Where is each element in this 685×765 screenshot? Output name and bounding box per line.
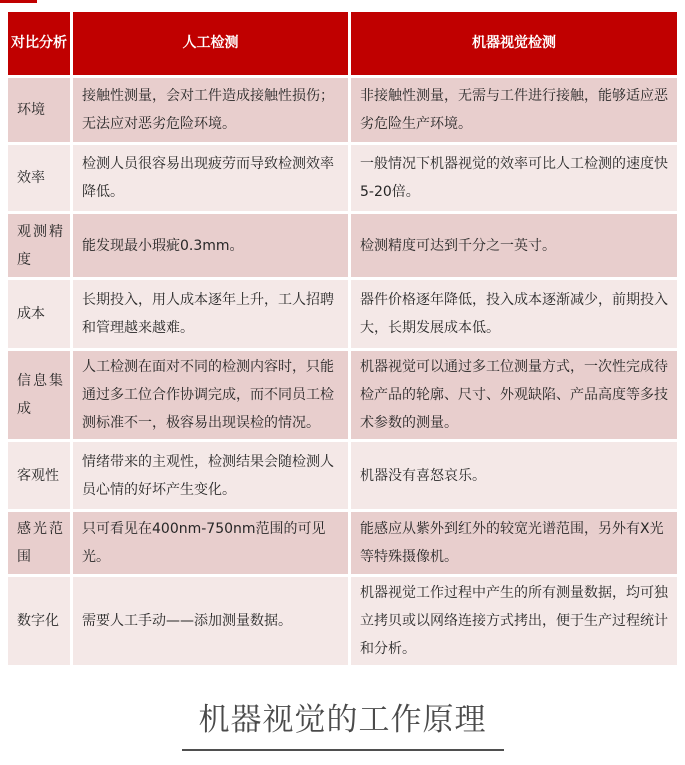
- header-cell-machine: 机器视觉检测: [351, 12, 677, 75]
- manual-cell: 情绪带来的主观性，检测结果会随检测人员心情的好坏产生变化。: [73, 442, 348, 509]
- section-caption: 机器视觉的工作原理: [0, 694, 685, 751]
- page: { "colors": { "header_bg": "#c00000", "r…: [0, 0, 685, 765]
- manual-cell: 接触性测量，会对工件造成接触性损伤；无法应对恶劣危险环境。: [73, 78, 348, 142]
- machine-cell: 检测精度可达到千分之一英寸。: [351, 214, 677, 277]
- machine-cell: 器件价格逐年降低，投入成本逐渐减少，前期投入大，长期发展成本低。: [351, 280, 677, 348]
- table-row-environment: 环境 接触性测量，会对工件造成接触性损伤；无法应对恶劣危险环境。 非接触性测量，…: [8, 78, 677, 142]
- comparison-table: 对比分析 人工检测 机器视觉检测 环境 接触性测量，会对工件造成接触性损伤；无法…: [5, 9, 680, 668]
- row-label: 客观性: [8, 442, 70, 509]
- table-row-cost: 成本 长期投入，用人成本逐年上升，工人招聘和管理越来越难。 器件价格逐年降低，投…: [8, 280, 677, 348]
- manual-cell: 长期投入，用人成本逐年上升，工人招聘和管理越来越难。: [73, 280, 348, 348]
- row-label: 感光范围: [8, 512, 70, 574]
- row-label: 数字化: [8, 577, 70, 665]
- table-row-efficiency: 效率 检测人员很容易出现疲劳而导致检测效率降低。 一般情况下机器视觉的效率可比人…: [8, 145, 677, 211]
- manual-cell: 只可看见在400nm-750nm范围的可见光。: [73, 512, 348, 574]
- machine-cell: 机器没有喜怒哀乐。: [351, 442, 677, 509]
- section-title: 机器视觉的工作原理: [182, 694, 504, 751]
- machine-cell: 能感应从紫外到红外的较宽光谱范围，另外有X光等特殊摄像机。: [351, 512, 677, 574]
- manual-cell: 能发现最小瑕疵0.3mm。: [73, 214, 348, 277]
- row-label: 观测精度: [8, 214, 70, 277]
- manual-cell: 需要人工手动——添加测量数据。: [73, 577, 348, 665]
- row-label: 环境: [8, 78, 70, 142]
- table-row-integration: 信息集成 人工检测在面对不同的检测内容时，只能通过多工位合作协调完成，而不同员工…: [8, 351, 677, 439]
- manual-cell: 人工检测在面对不同的检测内容时，只能通过多工位合作协调完成，而不同员工检测标准不…: [73, 351, 348, 439]
- table-row-objectivity: 客观性 情绪带来的主观性，检测结果会随检测人员心情的好坏产生变化。 机器没有喜怒…: [8, 442, 677, 509]
- table-row-precision: 观测精度 能发现最小瑕疵0.3mm。 检测精度可达到千分之一英寸。: [8, 214, 677, 277]
- table-row-digitization: 数字化 需要人工手动——添加测量数据。 机器视觉工作过程中产生的所有测量数据，均…: [8, 577, 677, 665]
- row-label: 效率: [8, 145, 70, 211]
- table-row-spectrum: 感光范围 只可看见在400nm-750nm范围的可见光。 能感应从紫外到红外的较…: [8, 512, 677, 574]
- manual-cell: 检测人员很容易出现疲劳而导致检测效率降低。: [73, 145, 348, 211]
- header-cell-manual: 人工检测: [73, 12, 348, 75]
- header-cell-label: 对比分析: [8, 12, 70, 75]
- top-red-strip: [0, 0, 37, 3]
- machine-cell: 机器视觉工作过程中产生的所有测量数据，均可独立拷贝或以网络连接方式拷出，便于生产…: [351, 577, 677, 665]
- row-label: 成本: [8, 280, 70, 348]
- machine-cell: 一般情况下机器视觉的效率可比人工检测的速度快5-20倍。: [351, 145, 677, 211]
- row-label: 信息集成: [8, 351, 70, 439]
- table-header-row: 对比分析 人工检测 机器视觉检测: [8, 12, 677, 75]
- machine-cell: 机器视觉可以通过多工位测量方式，一次性完成待检产品的轮廓、尺寸、外观缺陷、产品高…: [351, 351, 677, 439]
- machine-cell: 非接触性测量，无需与工件进行接触，能够适应恶劣危险生产环境。: [351, 78, 677, 142]
